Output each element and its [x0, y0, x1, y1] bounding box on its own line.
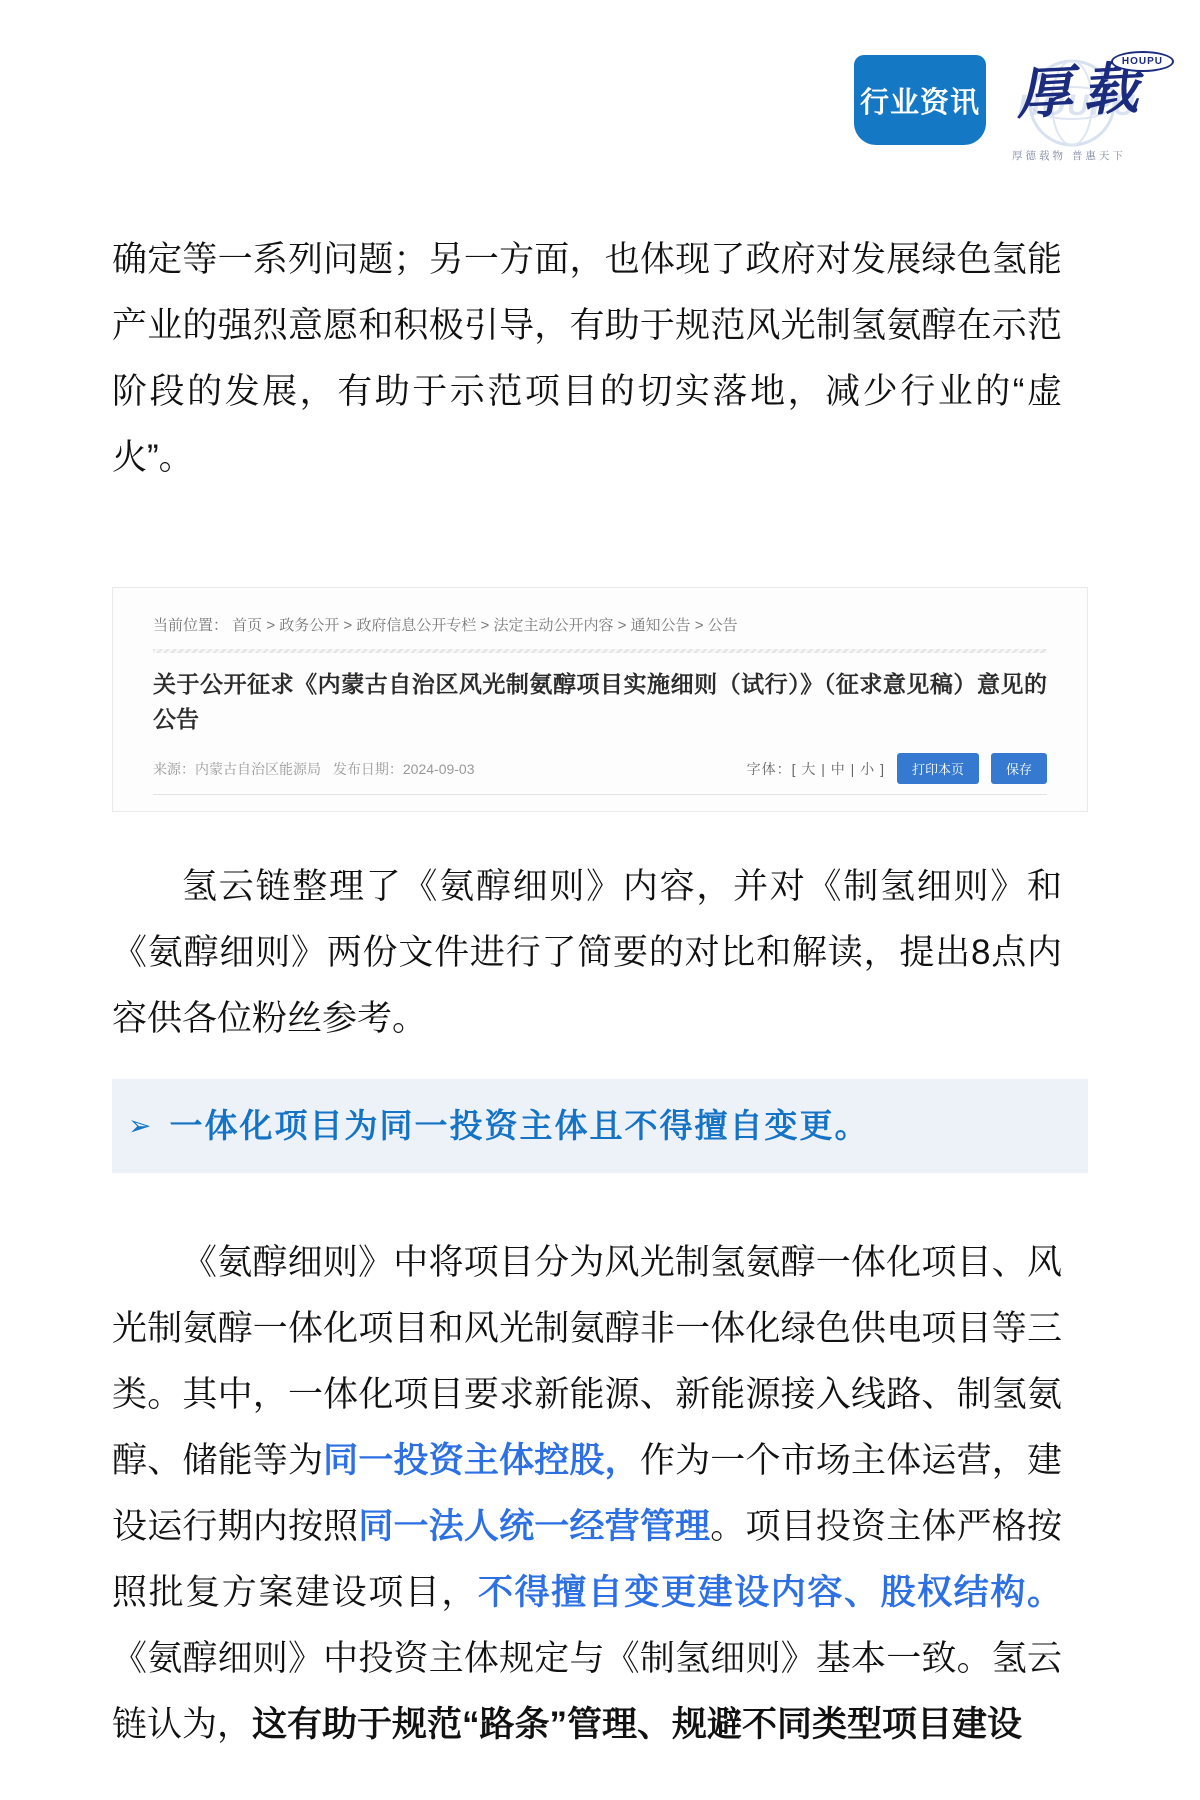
houpu-logo: HOUPU 厚载 HOUPU 厚德载物 普惠天下	[1010, 55, 1168, 157]
arrow-bullet-icon: ➢	[128, 1105, 151, 1147]
article-content: 确定等一系列问题；另一方面，也体现了政府对发展绿色氢能产业的强烈意愿和积极引导，…	[0, 227, 1200, 1758]
notice-meta-right: 字体：[ 大 | 中 | 小 ] 打印本页 保存	[747, 753, 1047, 784]
analysis-paragraph: 《氨醇细则》中将项目分为风光制氢氨醇一体化项目、风光制氨醇一体化项目和风光制氨醇…	[112, 1230, 1062, 1758]
summary-paragraph: 氢云链整理了《氨醇细则》内容，并对《制氢细则》和《氨醇细则》两份文件进行了简要的…	[112, 854, 1062, 1052]
notice-meta: 来源：内蒙古自治区能源局 发布日期：2024-09-03 字体：[ 大 | 中 …	[153, 753, 1047, 795]
houpu-oval-badge: HOUPU	[1111, 51, 1174, 72]
breadcrumb[interactable]: 当前位置： 首页 > 政务公开 > 政府信息公开专栏 > 法定主动公开内容 > …	[153, 602, 1047, 647]
source-label: 来源：内蒙古自治区能源局	[153, 761, 321, 777]
header: 行业资讯 HOUPU 厚载 HOUPU 厚德载物 普惠天下	[0, 0, 1200, 155]
save-button[interactable]: 保存	[991, 753, 1047, 784]
publish-date: 发布日期：2024-09-03	[333, 761, 475, 777]
callout-text: 一体化项目为同一投资主体且不得擅自变更。	[169, 1105, 869, 1147]
font-size-control[interactable]: 字体：[ 大 | 中 | 小 ]	[747, 759, 885, 779]
article-page: 行业资讯 HOUPU 厚载 HOUPU 厚德载物 普惠天下 确定等一系列问题；另…	[0, 0, 1200, 1800]
industry-news-badge: 行业资讯	[854, 55, 986, 145]
text-segment: 同一法人统一经营管理	[358, 1507, 710, 1546]
notice-card: 当前位置： 首页 > 政务公开 > 政府信息公开专栏 > 法定主动公开内容 > …	[112, 587, 1088, 812]
text-segment: 这有助于规范“路条”管理、规避不同类型项目建设	[252, 1705, 1022, 1744]
logo-tagline: 厚德载物 普惠天下	[1012, 148, 1126, 163]
breadcrumb-divider	[153, 649, 1047, 653]
text-segment: 同一投资主体控股，	[323, 1441, 640, 1480]
intro-paragraph: 确定等一系列问题；另一方面，也体现了政府对发展绿色氢能产业的强烈意愿和积极引导，…	[112, 227, 1062, 491]
text-segment: 不得擅自变更建设内容、股权结构。	[478, 1573, 1062, 1612]
notice-meta-left: 来源：内蒙古自治区能源局 发布日期：2024-09-03	[153, 759, 475, 779]
callout-banner: ➢ 一体化项目为同一投资主体且不得擅自变更。	[112, 1079, 1088, 1173]
print-button[interactable]: 打印本页	[897, 753, 979, 784]
notice-title: 关于公开征求《内蒙古自治区风光制氨醇项目实施细则（试行）》（征求意见稿）意见的公…	[153, 667, 1047, 737]
